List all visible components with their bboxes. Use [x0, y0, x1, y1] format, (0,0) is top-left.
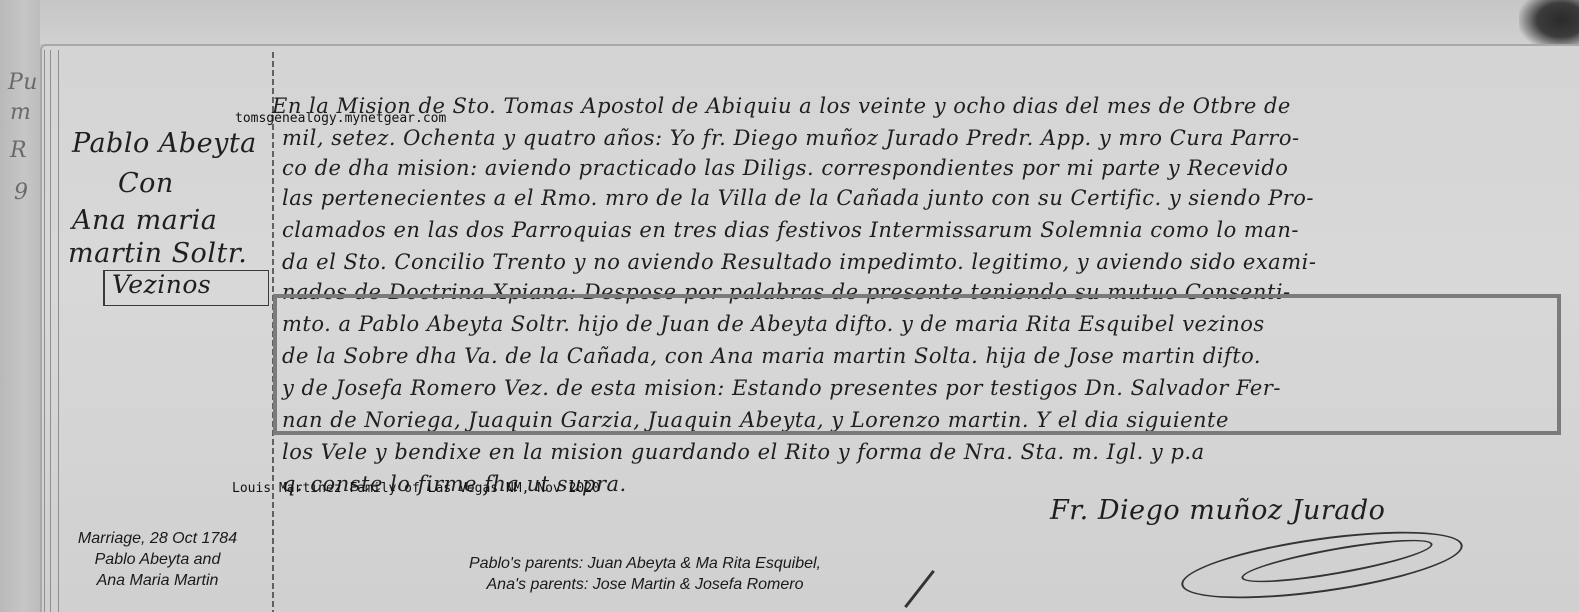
edge-mark: R — [10, 138, 27, 163]
website-watermark: tomsgenealogy.mynetgear.com — [235, 111, 446, 126]
groom-parents: Pablo's parents: Juan Abeyta & Ma Rita E… — [430, 553, 860, 574]
margin-vezinos: Vezinos — [112, 270, 211, 299]
parents-summary: Pablo's parents: Juan Abeyta & Ma Rita E… — [430, 553, 860, 595]
edge-mark: Pu — [8, 70, 38, 95]
marriage-couple-line2: Ana Maria Martin — [60, 570, 255, 591]
record-line: las pertenecientes a el Rmo. mro de la V… — [282, 186, 1314, 210]
margin-bride-surname: martin Soltr. — [68, 238, 247, 269]
record-line: co de dha mision: aviendo practicado las… — [282, 156, 1288, 180]
margin-bride-name: Ana maria — [72, 205, 217, 236]
record-line: clamados en las dos Parroquias en tres d… — [282, 218, 1299, 242]
priest-signature: Fr. Diego muñoz Jurado — [1050, 495, 1385, 526]
margin-groom-name: Pablo Abeyta — [72, 128, 257, 159]
highlighted-parents-section — [273, 294, 1561, 435]
record-line: mil, setez. Ochenta y quatro años: Yo fr… — [282, 126, 1300, 150]
bride-parents: Ana's parents: Jose Martin & Josefa Rome… — [430, 574, 860, 595]
marriage-couple-line1: Pablo Abeyta and — [60, 549, 255, 570]
corner-shadow — [1519, 0, 1579, 50]
edge-mark: 9 — [14, 180, 29, 205]
marriage-summary: Marriage, 28 Oct 1784 Pablo Abeyta and A… — [60, 528, 255, 591]
page-top-strip — [0, 0, 1579, 44]
record-line: da el Sto. Concilio Trento y no aviendo … — [282, 250, 1316, 274]
page-border-line — [58, 50, 59, 612]
marriage-date: Marriage, 28 Oct 1784 — [60, 528, 255, 549]
record-line: los Vele y bendixe en la mision guardand… — [282, 440, 1205, 464]
family-watermark: Louis Martinez Family of Las Vegas NM, N… — [232, 481, 600, 496]
margin-con: Con — [118, 168, 174, 199]
page-border-line — [50, 50, 51, 612]
page-border-line — [44, 50, 45, 612]
edge-mark: m — [10, 100, 31, 125]
scanned-document: Pu m R 9 Pablo Abeyta Con Ana maria mart… — [0, 0, 1579, 612]
